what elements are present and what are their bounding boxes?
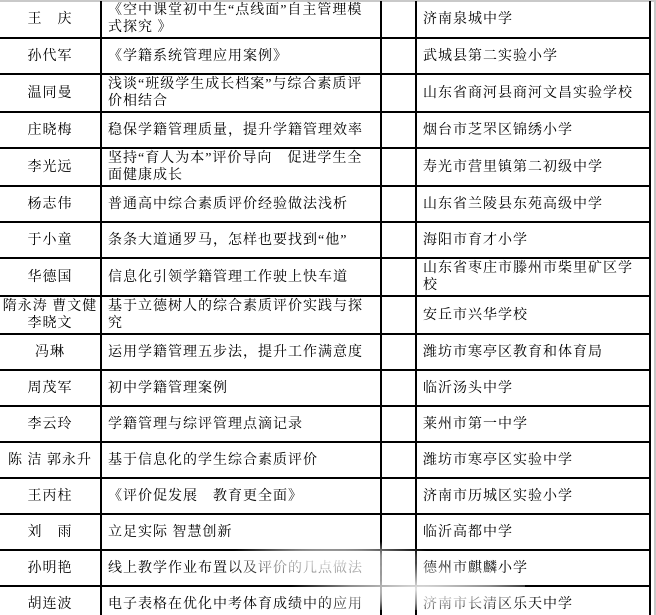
cell-title: 立足实际 智慧创新 <box>102 515 382 551</box>
cell-title: 《评价促发展 教育更全面》 <box>102 479 382 515</box>
cell-school: 山东省兰陵县东苑高级中学 <box>417 187 651 223</box>
author-text: 周茂军 <box>28 380 73 397</box>
school-text: 山东省兰陵县东苑高级中学 <box>423 196 603 213</box>
cell-school: 安丘市兴华学校 <box>417 297 651 335</box>
title-text: 信息化引领学籍管理工作驶上快车道 <box>108 269 348 286</box>
author-text: 王 庆 <box>28 11 73 28</box>
table-row: 冯琳运用学籍管理五步法，提升工作满意度潍坊市寒亭区教育和体育局 <box>0 335 651 371</box>
table-row: 庄晓梅稳保学籍管理质量，提升学籍管理效率烟台市芝罘区锦绣小学 <box>0 113 651 149</box>
cell-title: 基于立德树人的综合素质评价实践与探究 <box>102 297 382 335</box>
cell-school: 山东省商河县商河文昌实验学校 <box>417 75 651 113</box>
cell-title: 坚持“育人为本”评价导向 促进学生全面健康成长 <box>102 149 382 187</box>
cell-school: 潍坊市寒亭区实验中学 <box>417 443 651 479</box>
cell-title: 学籍管理与综评管理点滴记录 <box>102 407 382 443</box>
document-screenshot: 王 庆《空中课堂初中生“点线面”自主管理模式探究 》济南泉城中学孙代军《学籍系统… <box>0 0 656 615</box>
cell-author: 冯琳 <box>0 335 102 371</box>
table-row: 李光远坚持“育人为本”评价导向 促进学生全面健康成长寿光市营里镇第二初级中学 <box>0 149 651 187</box>
cell-title: 电子表格在优化中考体育成绩中的应用 <box>102 587 382 615</box>
cell-author: 孙明艳 <box>0 551 102 587</box>
cell-title: 稳保学籍管理质量，提升学籍管理效率 <box>102 113 382 149</box>
title-text: 基于信息化的学生综合素质评价 <box>108 452 318 469</box>
author-text: 刘 雨 <box>28 524 73 541</box>
author-text: 李光远 <box>28 159 73 176</box>
table-row: 胡连波电子表格在优化中考体育成绩中的应用济南市长清区乐天中学 <box>0 587 651 615</box>
author-text: 温同曼 <box>28 85 73 102</box>
cell-author: 华德国 <box>0 259 102 297</box>
cell-school: 寿光市营里镇第二初级中学 <box>417 149 651 187</box>
cell-title: 普通高中综合素质评价经验做法浅析 <box>102 187 382 223</box>
author-text: 杨志伟 <box>28 196 73 213</box>
school-text: 莱州市第一中学 <box>423 416 528 433</box>
table-row: 杨志伟普通高中综合素质评价经验做法浅析山东省兰陵县东苑高级中学 <box>0 187 651 223</box>
school-text: 济南泉城中学 <box>423 11 513 28</box>
cell-title: 基于信息化的学生综合素质评价 <box>102 443 382 479</box>
cell-school: 济南市历城区实验小学 <box>417 479 651 515</box>
school-text: 临沂汤头中学 <box>423 380 513 397</box>
cell-school: 烟台市芝罘区锦绣小学 <box>417 113 651 149</box>
school-text: 烟台市芝罘区锦绣小学 <box>423 122 573 139</box>
cell-school: 莱州市第一中学 <box>417 407 651 443</box>
table-row: 孙代军《学籍系统管理应用案例》武城县第二实验小学 <box>0 39 651 75</box>
cell-blank <box>382 407 417 443</box>
cell-blank <box>382 551 417 587</box>
author-text: 李云玲 <box>28 416 73 433</box>
cell-author: 温同曼 <box>0 75 102 113</box>
table-row: 孙明艳线上教学作业布置以及评价的几点做法德州市麒麟小学 <box>0 551 651 587</box>
school-text: 武城县第二实验小学 <box>423 48 558 65</box>
cell-author: 李云玲 <box>0 407 102 443</box>
title-text: 《评价促发展 教育更全面》 <box>108 488 303 505</box>
cell-title: 条条大道通罗马，怎样也要找到“他” <box>102 223 382 259</box>
cell-school: 潍坊市寒亭区教育和体育局 <box>417 335 651 371</box>
school-text: 山东省枣庄市滕州市柴里矿区学校 <box>423 260 646 294</box>
cell-school: 武城县第二实验小学 <box>417 39 651 75</box>
cell-author: 孙代军 <box>0 39 102 75</box>
cell-blank <box>382 1 417 39</box>
author-text: 胡连波 <box>28 596 73 613</box>
cell-blank <box>382 149 417 187</box>
cell-author: 于小童 <box>0 223 102 259</box>
author-text: 庄晓梅 <box>28 122 73 139</box>
title-text: 《学籍系统管理应用案例》 <box>108 48 288 65</box>
school-text: 德州市麒麟小学 <box>423 560 528 577</box>
title-text: 学籍管理与综评管理点滴记录 <box>108 416 303 433</box>
cell-author: 隋永涛 曹文健 李晓文 <box>0 297 102 335</box>
table-row: 周茂军初中学籍管理案例临沂汤头中学 <box>0 371 651 407</box>
title-text: 稳保学籍管理质量，提升学籍管理效率 <box>108 122 363 139</box>
cell-title: 《学籍系统管理应用案例》 <box>102 39 382 75</box>
author-text: 孙明艳 <box>28 560 73 577</box>
cell-blank <box>382 259 417 297</box>
table-row: 华德国信息化引领学籍管理工作驶上快车道山东省枣庄市滕州市柴里矿区学校 <box>0 259 651 297</box>
cell-blank <box>382 223 417 259</box>
title-text: 《空中课堂初中生“点线面”自主管理模式探究 》 <box>108 2 376 36</box>
title-text: 初中学籍管理案例 <box>108 380 228 397</box>
title-text: 条条大道通罗马，怎样也要找到“他” <box>108 232 347 249</box>
table-row: 王 庆《空中课堂初中生“点线面”自主管理模式探究 》济南泉城中学 <box>0 1 651 39</box>
table-row: 陈 洁 郭永升基于信息化的学生综合素质评价潍坊市寒亭区实验中学 <box>0 443 651 479</box>
cell-title: 运用学籍管理五步法，提升工作满意度 <box>102 335 382 371</box>
table-row: 温同曼浅谈“班级学生成长档案”与综合素质评价相结合山东省商河县商河文昌实验学校 <box>0 75 651 113</box>
title-text: 基于立德树人的综合素质评价实践与探究 <box>108 298 376 332</box>
cell-author: 王丙柱 <box>0 479 102 515</box>
cell-school: 德州市麒麟小学 <box>417 551 651 587</box>
school-text: 潍坊市寒亭区教育和体育局 <box>423 344 603 361</box>
title-text: 坚持“育人为本”评价导向 促进学生全面健康成长 <box>108 150 376 184</box>
author-text: 孙代军 <box>28 48 73 65</box>
cell-school: 临沂汤头中学 <box>417 371 651 407</box>
school-text: 安丘市兴华学校 <box>423 307 528 324</box>
cell-author: 周茂军 <box>0 371 102 407</box>
cell-title: 浅谈“班级学生成长档案”与综合素质评价相结合 <box>102 75 382 113</box>
cell-author: 庄晓梅 <box>0 113 102 149</box>
cell-blank <box>382 515 417 551</box>
cell-blank <box>382 587 417 615</box>
author-text: 华德国 <box>28 269 73 286</box>
school-text: 临沂高都中学 <box>423 524 513 541</box>
cell-title: 《空中课堂初中生“点线面”自主管理模式探究 》 <box>102 1 382 39</box>
table-row: 李云玲学籍管理与综评管理点滴记录莱州市第一中学 <box>0 407 651 443</box>
cell-title: 线上教学作业布置以及评价的几点做法 <box>102 551 382 587</box>
cell-title: 信息化引领学籍管理工作驶上快车道 <box>102 259 382 297</box>
title-text: 线上教学作业布置以及评价的几点做法 <box>108 560 363 577</box>
cell-blank <box>382 371 417 407</box>
school-text: 山东省商河县商河文昌实验学校 <box>423 85 633 102</box>
cell-school: 济南市长清区乐天中学 <box>417 587 651 615</box>
cell-school: 海阳市育才小学 <box>417 223 651 259</box>
table-row: 刘 雨立足实际 智慧创新临沂高都中学 <box>0 515 651 551</box>
cell-author: 胡连波 <box>0 587 102 615</box>
title-text: 普通高中综合素质评价经验做法浅析 <box>108 196 348 213</box>
author-text: 冯琳 <box>35 344 65 361</box>
cell-blank <box>382 39 417 75</box>
cell-blank <box>382 75 417 113</box>
school-text: 济南市历城区实验小学 <box>423 488 573 505</box>
cell-blank <box>382 479 417 515</box>
title-text: 运用学籍管理五步法，提升工作满意度 <box>108 344 363 361</box>
cell-author: 王 庆 <box>0 1 102 39</box>
cell-school: 临沂高都中学 <box>417 515 651 551</box>
school-text: 潍坊市寒亭区实验中学 <box>423 452 573 469</box>
cell-school: 山东省枣庄市滕州市柴里矿区学校 <box>417 259 651 297</box>
author-text: 陈 洁 郭永升 <box>8 452 92 469</box>
school-text: 海阳市育才小学 <box>423 232 528 249</box>
author-text: 于小童 <box>28 232 73 249</box>
cell-author: 陈 洁 郭永升 <box>0 443 102 479</box>
title-text: 浅谈“班级学生成长档案”与综合素质评价相结合 <box>108 76 376 110</box>
school-text: 济南市长清区乐天中学 <box>423 596 573 613</box>
author-text: 隋永涛 曹文健 李晓文 <box>2 298 98 332</box>
cell-author: 李光远 <box>0 149 102 187</box>
award-list-table: 王 庆《空中课堂初中生“点线面”自主管理模式探究 》济南泉城中学孙代军《学籍系统… <box>0 1 651 615</box>
cell-blank <box>382 187 417 223</box>
title-text: 电子表格在优化中考体育成绩中的应用 <box>108 596 363 613</box>
cell-blank <box>382 113 417 149</box>
cell-blank <box>382 443 417 479</box>
cell-blank <box>382 297 417 335</box>
cell-author: 刘 雨 <box>0 515 102 551</box>
table-row: 隋永涛 曹文健 李晓文基于立德树人的综合素质评价实践与探究安丘市兴华学校 <box>0 297 651 335</box>
cell-author: 杨志伟 <box>0 187 102 223</box>
school-text: 寿光市营里镇第二初级中学 <box>423 159 603 176</box>
author-text: 王丙柱 <box>28 488 73 505</box>
table-row: 于小童条条大道通罗马，怎样也要找到“他”海阳市育才小学 <box>0 223 651 259</box>
title-text: 立足实际 智慧创新 <box>108 524 233 541</box>
cell-school: 济南泉城中学 <box>417 1 651 39</box>
cell-title: 初中学籍管理案例 <box>102 371 382 407</box>
cell-blank <box>382 335 417 371</box>
table-row: 王丙柱《评价促发展 教育更全面》济南市历城区实验小学 <box>0 479 651 515</box>
